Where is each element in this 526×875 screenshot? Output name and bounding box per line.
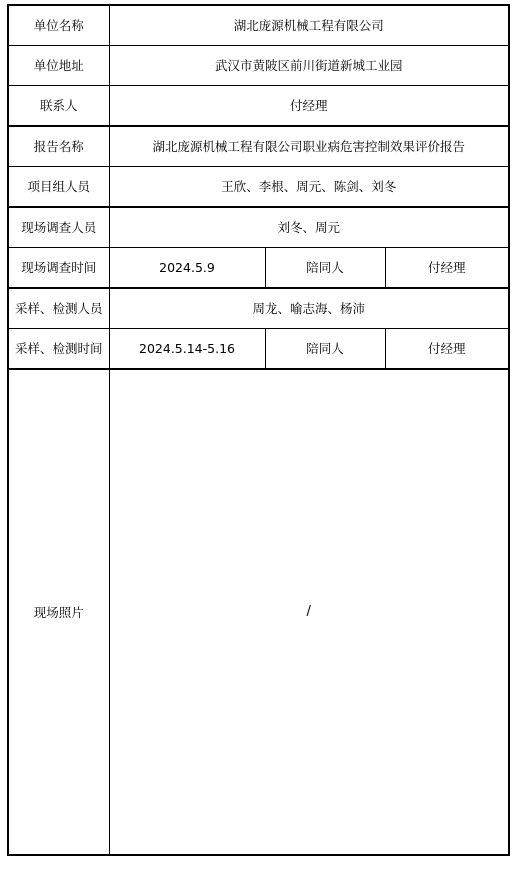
sampling-companion-value: 付经理 [385, 329, 509, 370]
contact-label: 联系人 [8, 86, 109, 127]
row-survey-staff: 现场调查人员 刘冬、周元 [8, 207, 509, 248]
row-contact: 联系人 付经理 [8, 86, 509, 127]
row-project-team: 项目组人员 王欣、李根、周元、陈剑、刘冬 [8, 167, 509, 208]
sampling-staff-value: 周龙、喻志海、杨沛 [109, 288, 509, 329]
sampling-time-value: 2024.5.14-5.16 [109, 329, 265, 370]
report-name-value: 湖北庞源机械工程有限公司职业病危害控制效果评价报告 [109, 126, 509, 167]
project-info-table: 单位名称 湖北庞源机械工程有限公司 单位地址 武汉市黄陂区前川街道新城工业园 联… [7, 4, 510, 856]
unit-name-label: 单位名称 [8, 5, 109, 46]
site-photos-value: / [109, 369, 509, 855]
unit-name-value: 湖北庞源机械工程有限公司 [109, 5, 509, 46]
row-sampling-time: 采样、检测时间 2024.5.14-5.16 陪同人 付经理 [8, 329, 509, 370]
survey-companion-value: 付经理 [385, 248, 509, 289]
project-team-label: 项目组人员 [8, 167, 109, 208]
report-name-label: 报告名称 [8, 126, 109, 167]
row-survey-time: 现场调查时间 2024.5.9 陪同人 付经理 [8, 248, 509, 289]
unit-address-label: 单位地址 [8, 46, 109, 86]
sampling-time-label: 采样、检测时间 [8, 329, 109, 370]
sampling-staff-label: 采样、检测人员 [8, 288, 109, 329]
survey-time-label: 现场调查时间 [8, 248, 109, 289]
survey-companion-label: 陪同人 [265, 248, 385, 289]
row-unit-name: 单位名称 湖北庞源机械工程有限公司 [8, 5, 509, 46]
survey-staff-label: 现场调查人员 [8, 207, 109, 248]
unit-address-value: 武汉市黄陂区前川街道新城工业园 [109, 46, 509, 86]
row-sampling-staff: 采样、检测人员 周龙、喻志海、杨沛 [8, 288, 509, 329]
row-unit-address: 单位地址 武汉市黄陂区前川街道新城工业园 [8, 46, 509, 86]
contact-value: 付经理 [109, 86, 509, 127]
sampling-companion-label: 陪同人 [265, 329, 385, 370]
row-site-photos: 现场照片 / [8, 369, 509, 855]
survey-staff-value: 刘冬、周元 [109, 207, 509, 248]
row-report-name: 报告名称 湖北庞源机械工程有限公司职业病危害控制效果评价报告 [8, 126, 509, 167]
site-photos-label: 现场照片 [8, 369, 109, 855]
project-team-value: 王欣、李根、周元、陈剑、刘冬 [109, 167, 509, 208]
survey-time-value: 2024.5.9 [109, 248, 265, 289]
